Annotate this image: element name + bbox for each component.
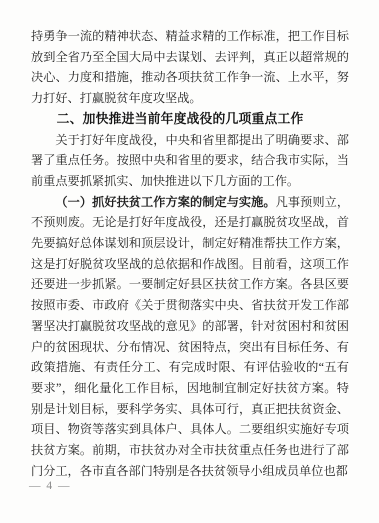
paragraph-item-one-body: 凡事预则立，不预则废。无论是打好年度战役，还是打赢脱贫攻坚战，首先要搞好总体谋划…	[31, 195, 349, 478]
section-heading: 二、加快推进当前年度战役的几项重点工作	[31, 109, 349, 130]
subheading-item-one: （一）抓好扶贫工作方案的制定与实施。	[55, 195, 275, 209]
paragraph-intro: 关于打好年度战役，中央和省里都提出了明确要求、部署了重点任务。按照中央和省里的要…	[31, 130, 349, 192]
document-page: 持勇争一流的精神状态、精益求精的工作标准，把工作目标放到全省乃至全国大局中去谋划…	[0, 0, 379, 523]
document-body: 持勇争一流的精神状态、精益求精的工作标准，把工作目标放到全省乃至全国大局中去谋划…	[31, 26, 349, 481]
paragraph-item-one: （一）抓好扶贫工作方案的制定与实施。凡事预则立，不预则废。无论是打好年度战役，还…	[31, 192, 349, 482]
page-number: — 4 —	[29, 479, 71, 493]
paragraph-continuation: 持勇争一流的精神状态、精益求精的工作标准，把工作目标放到全省乃至全国大局中去谋划…	[31, 26, 349, 109]
